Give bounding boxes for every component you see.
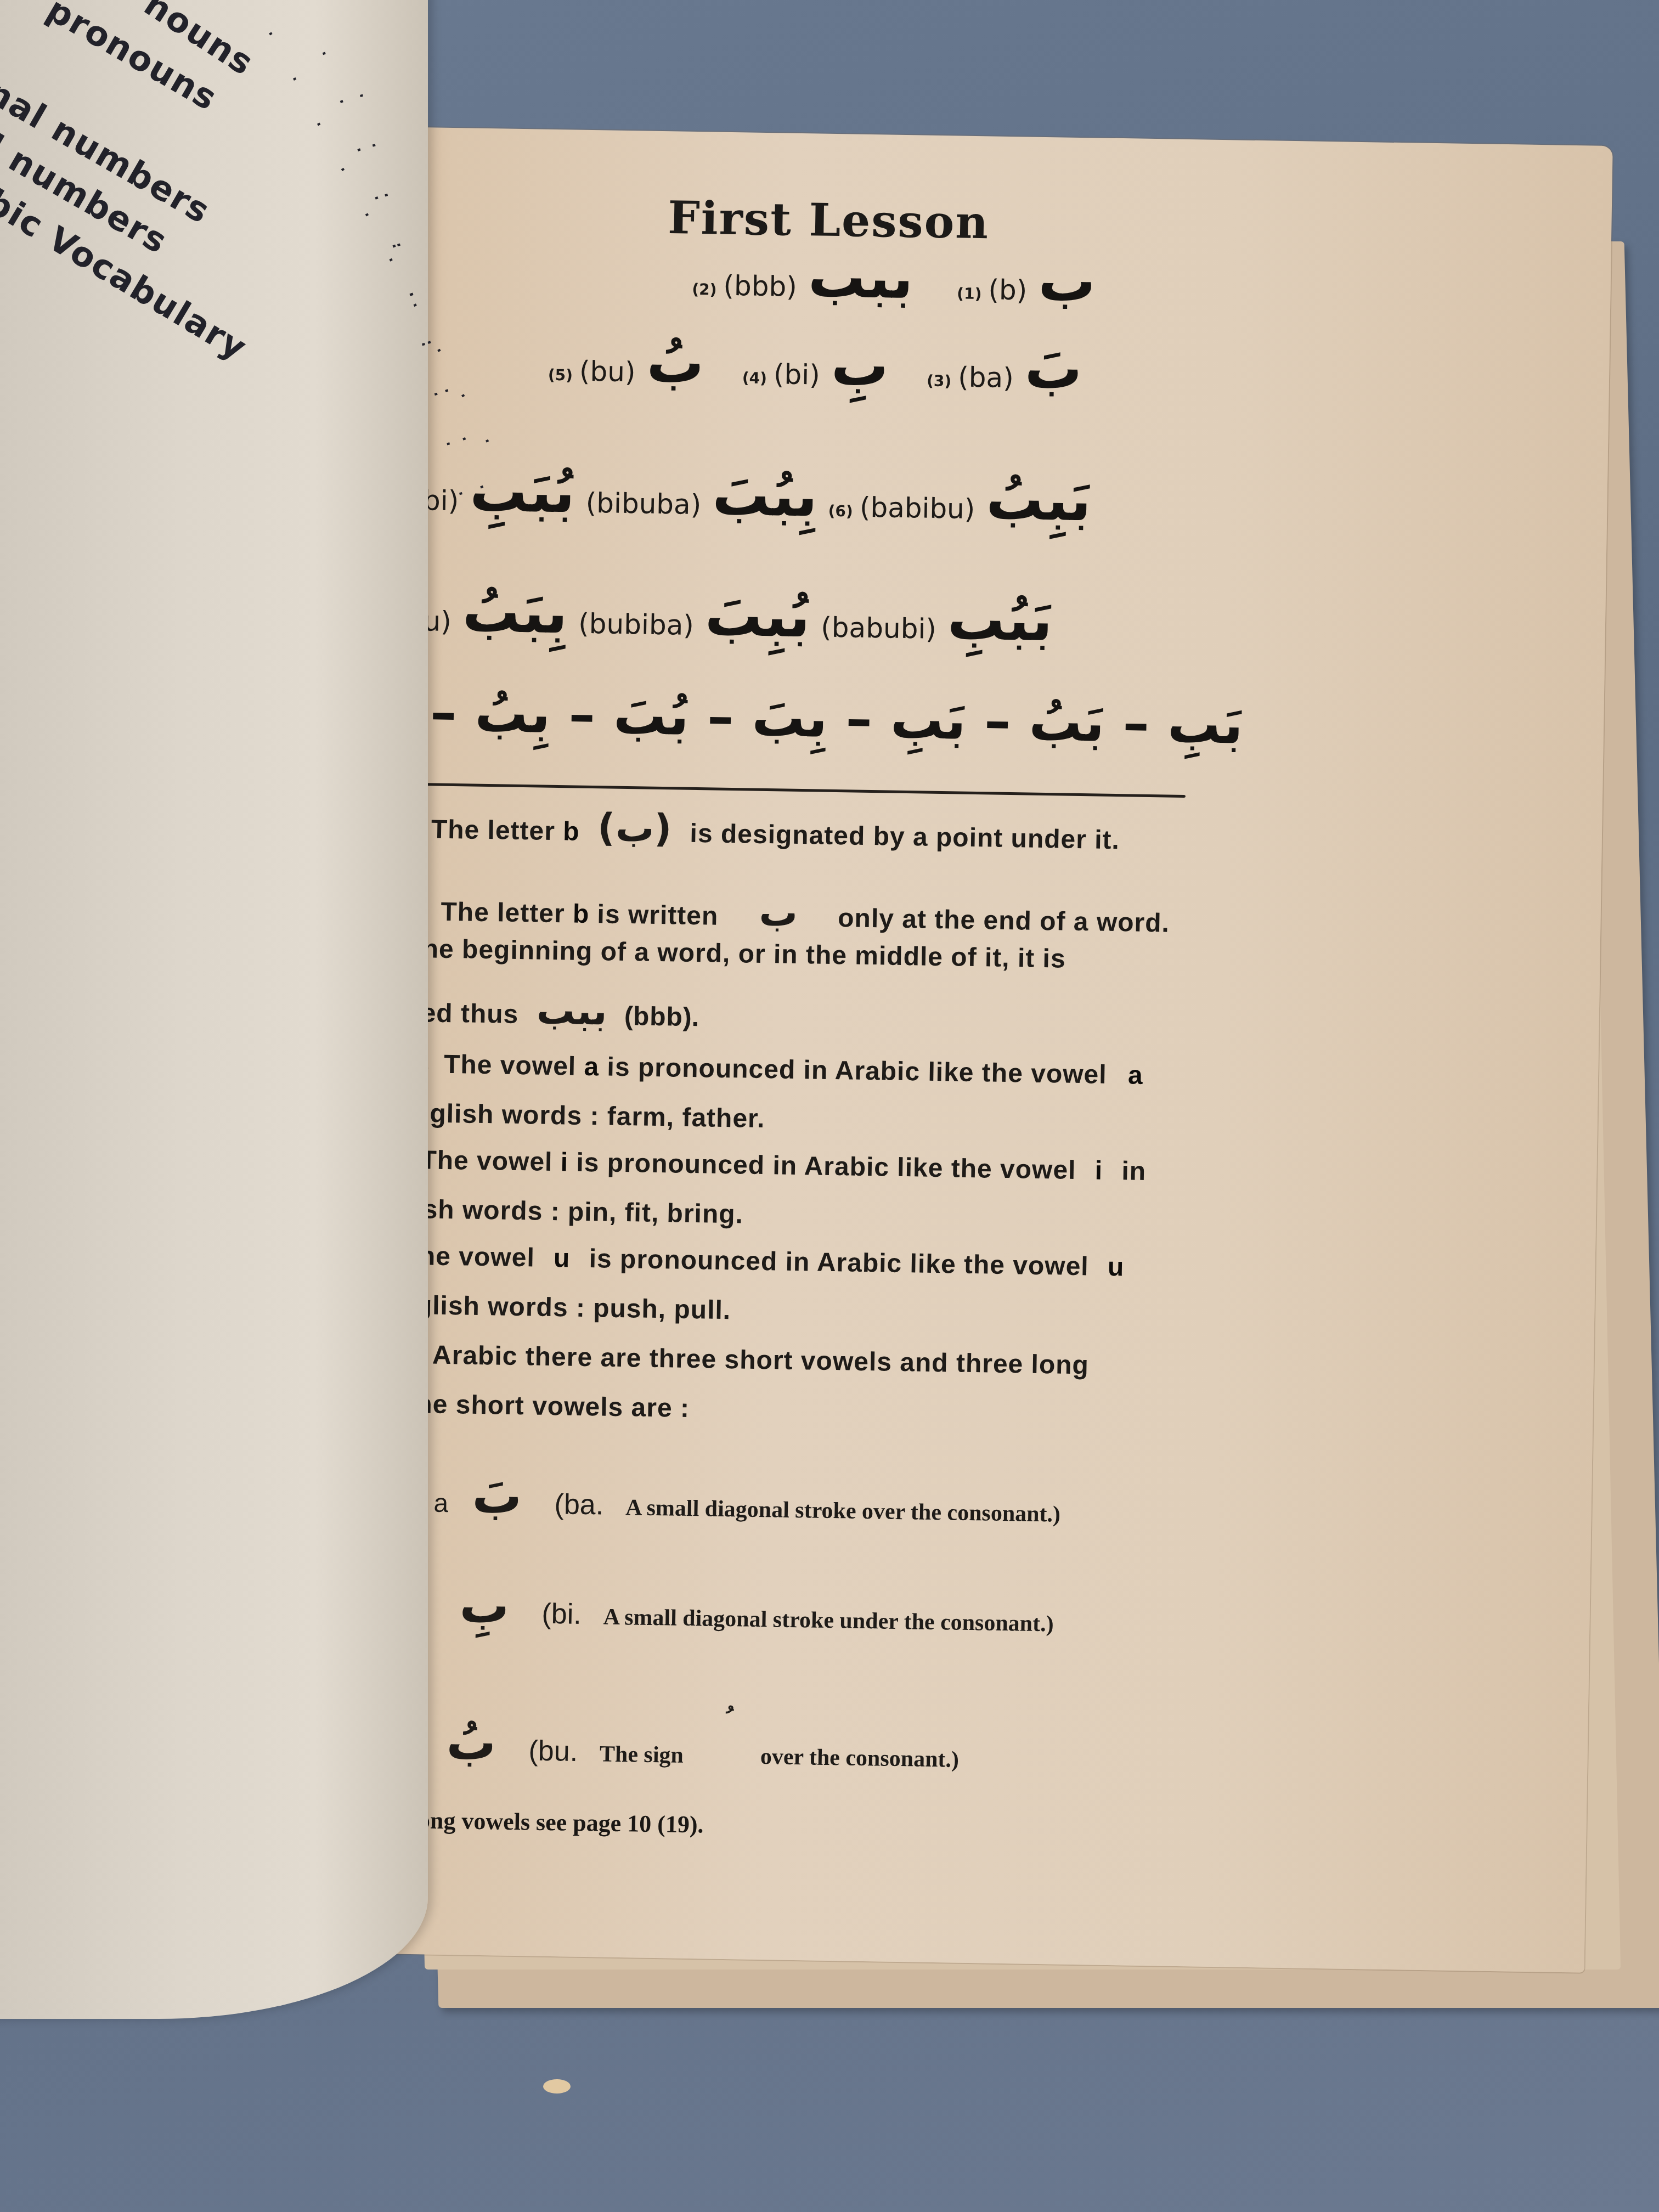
note-bold: u — [554, 1244, 571, 1273]
note-text: is pronounced in Arabic like the vowel — [576, 1148, 1076, 1185]
arabic-letter: بُ — [646, 329, 704, 397]
arabic-word: بُبِبَ — [704, 582, 811, 650]
vowel-letter: a — [433, 1488, 472, 1519]
note-5-line-1: (5) The vowel u is pronounced in Arabic … — [366, 1240, 1125, 1283]
note-text: is designated by a point under it. — [690, 819, 1120, 855]
vowel-sound: (ba. — [554, 1488, 604, 1521]
footnote-ref: (3) — [927, 372, 952, 391]
note-text: The letter — [431, 815, 555, 846]
arabic-inline: (ب) — [597, 805, 673, 851]
footnote-ref: (2) — [692, 280, 717, 299]
arabic-glyph: بُ — [446, 1713, 529, 1772]
note-text: only at the end of a word. — [838, 904, 1170, 938]
section-divider — [330, 782, 1186, 798]
arabic-word: بَبُبِ — [947, 585, 1053, 654]
transliteration: (ba) — [958, 361, 1014, 394]
footnote-ref: (6) — [828, 502, 853, 521]
note-text: The letter — [441, 898, 565, 929]
note-text: is pronounced in Arabic like the vowel — [607, 1053, 1107, 1090]
note-6-line-1: (6) In Arabic there are three short vowe… — [364, 1339, 1089, 1381]
short-vowel-item: 2. i بِ (bi. A small diagonal stroke und… — [360, 1575, 1054, 1644]
arabic-letter: بَ — [1024, 334, 1082, 402]
table-of-contents-fragment: nouns pronouns nal numbers l numbers bic… — [0, 0, 428, 483]
note-text: In Arabic there are three short vowels a… — [400, 1340, 1089, 1380]
transliteration: (bibuba) — [585, 487, 701, 521]
note-text: in — [1121, 1156, 1146, 1186]
note-bold: u — [1108, 1252, 1125, 1282]
transliteration: (bbb) — [723, 270, 797, 303]
transliteration: (bu) — [579, 356, 636, 388]
note-text: The vowel — [444, 1050, 577, 1081]
footnote-ref: (4) — [742, 369, 768, 387]
paper-fleck — [543, 2079, 571, 2093]
arabic-letter: بِ — [831, 331, 889, 399]
note-bold: a — [1127, 1060, 1143, 1090]
arabic-inline: ب — [759, 890, 798, 935]
arabic-inline: ببب — [536, 988, 607, 1034]
note-text: is written — [597, 900, 719, 930]
arabic-letter: ب — [1038, 247, 1096, 315]
note-bold: b — [572, 900, 589, 929]
vowel-sound: (bi. — [541, 1598, 582, 1631]
damma-sign-icon: ُ — [722, 1705, 723, 1737]
arabic-word: بَبِبُ — [986, 465, 1092, 534]
note-text: (bbb). — [624, 1002, 699, 1032]
transliteration: (bi) — [774, 358, 821, 391]
vowel-description: The sign — [600, 1741, 684, 1768]
vowel-description: over the consonant.) — [760, 1743, 960, 1773]
arabic-word: بِبُبَ — [712, 461, 819, 529]
footnote-ref: (1) — [957, 284, 982, 303]
transliteration: (babibu) — [859, 492, 975, 525]
vowel-description: A small diagonal stroke over the consona… — [625, 1494, 1061, 1527]
vowel-sound: (bu. — [528, 1734, 578, 1768]
note-bold: i — [560, 1148, 568, 1177]
footnote-ref: (5) — [548, 366, 573, 385]
letter-row-2: (5) (bu) بُ (4) (bi) بِ (3) (ba) بَ — [544, 327, 1090, 403]
note-bold: i — [1094, 1156, 1103, 1186]
arabic-word: ببب — [808, 243, 914, 312]
note-text: The vowel — [420, 1145, 553, 1177]
note-text: is pronounced in Arabic like the vowel — [589, 1244, 1089, 1281]
note-2-line-2: But at the beginning of a word, or in th… — [327, 933, 1066, 974]
short-vowel-item: 1. a بَ (ba. A small diagonal stroke ove… — [373, 1465, 1061, 1534]
page-title: First Lesson — [668, 191, 990, 249]
lesson-content: First Lesson (2) (bbb) ببب (1) (b) ب (5)… — [323, 126, 1613, 1973]
syllable-row-4: bibabu) بِبَبُ (bubiba) بُبِبَ (babubi) … — [343, 576, 1060, 654]
transliteration: (b) — [988, 274, 1028, 306]
note-bold: a — [584, 1052, 600, 1081]
arabic-glyph: بَ — [472, 1467, 555, 1526]
vowel-description: A small diagonal stroke under the conson… — [603, 1604, 1054, 1638]
arabic-word: بِبَبُ — [462, 578, 568, 646]
transliteration: (bubiba) — [578, 608, 694, 641]
note-3-line-1: (3) The vowel a is pronounced in Arabic … — [408, 1049, 1143, 1091]
drill-row: بَبِ – بَبُ – بَبِ – بِبَ – بُبَ – بِبُ … — [336, 680, 1182, 755]
transliteration: (babubi) — [821, 612, 936, 645]
note-2-line-1: (2) The letter b is written ب only at th… — [404, 884, 1170, 941]
note-1: (1) The letter b (ب) is designated by a … — [394, 802, 1120, 858]
letter-row-1: (2) (bbb) ببب (1) (b) ب — [689, 241, 1104, 315]
note-4-line-1: (4) The vowel i is pronounced in Arabic … — [384, 1144, 1147, 1187]
note-bold: b — [563, 817, 580, 846]
arabic-glyph: بِ — [459, 1576, 543, 1635]
left-page: nouns pronouns nal numbers l numbers bic… — [0, 0, 428, 2019]
short-vowel-item: 3. u بُ (bu. The sign ُ over the consona… — [347, 1712, 960, 1779]
